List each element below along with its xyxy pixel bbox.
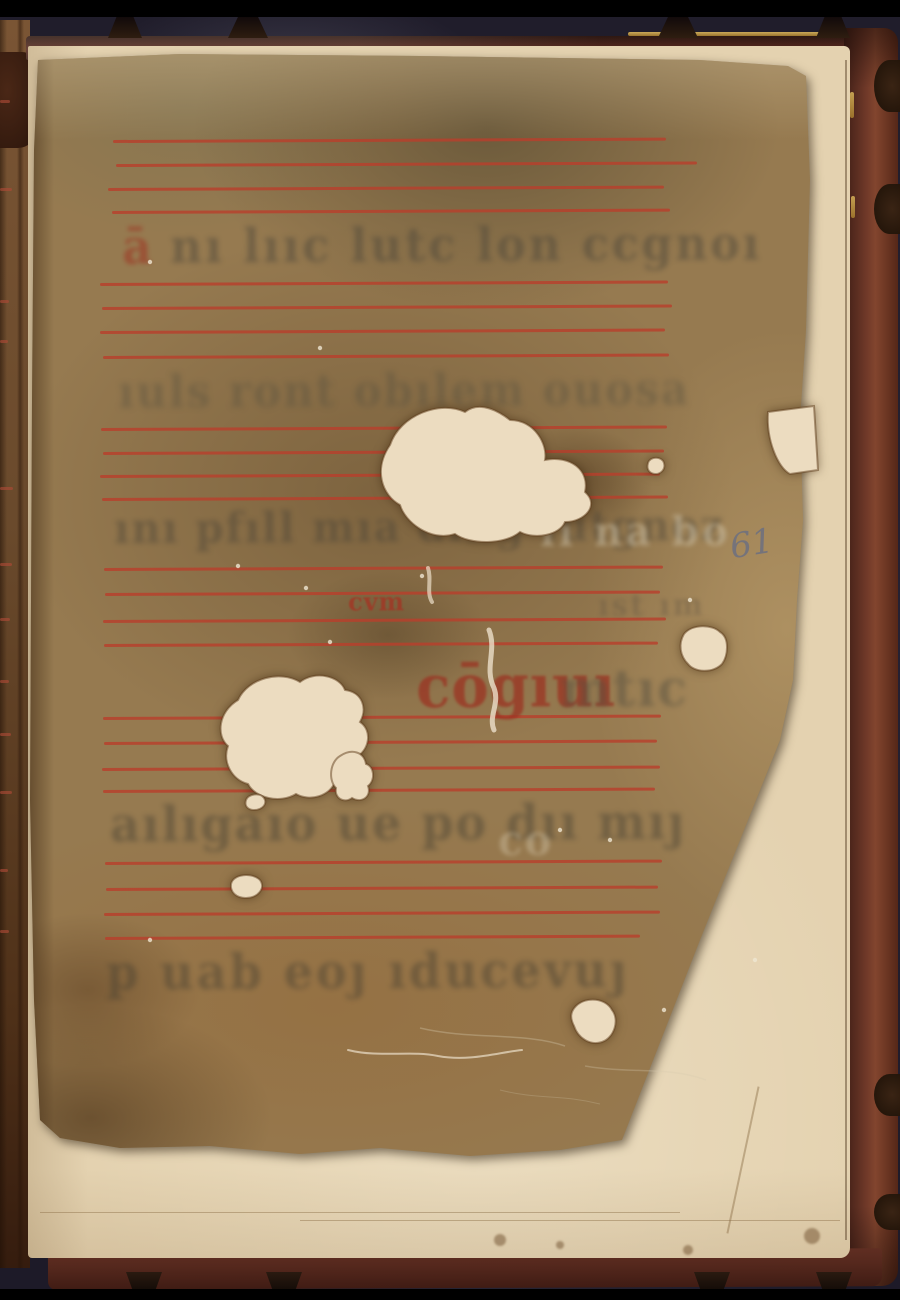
ghost-text-line: mtıc — [560, 659, 689, 719]
letterbox-top — [0, 0, 900, 17]
letterbox-bottom — [0, 1289, 900, 1300]
ghost-text-line: nı lııc lutc lon ccgnoı — [170, 217, 762, 274]
manuscript-photo: ānı lııc lutc lon ccgnoııuls ront obılem… — [0, 0, 900, 1300]
ghost-text-line: aılıgaıo ue po dıı mıȷ — [110, 793, 686, 853]
ghost-text-line: ā — [122, 218, 152, 275]
ghost-text-line: p uab eoȷ ıducevuȷ — [106, 941, 630, 1001]
ghost-text-line: ıst ım — [598, 587, 706, 623]
faded-text-layer: ānı lııc lutc lon ccgnoııuls ront obılem… — [0, 0, 900, 1300]
folio-number: 61 — [727, 521, 776, 567]
ghost-text-line: ıuls ront obılem ouosa — [118, 363, 690, 418]
ghost-text-line: cvm — [348, 586, 405, 617]
ghost-text-line: co — [498, 816, 553, 866]
ghost-text-line: ıı na bo — [540, 507, 732, 556]
